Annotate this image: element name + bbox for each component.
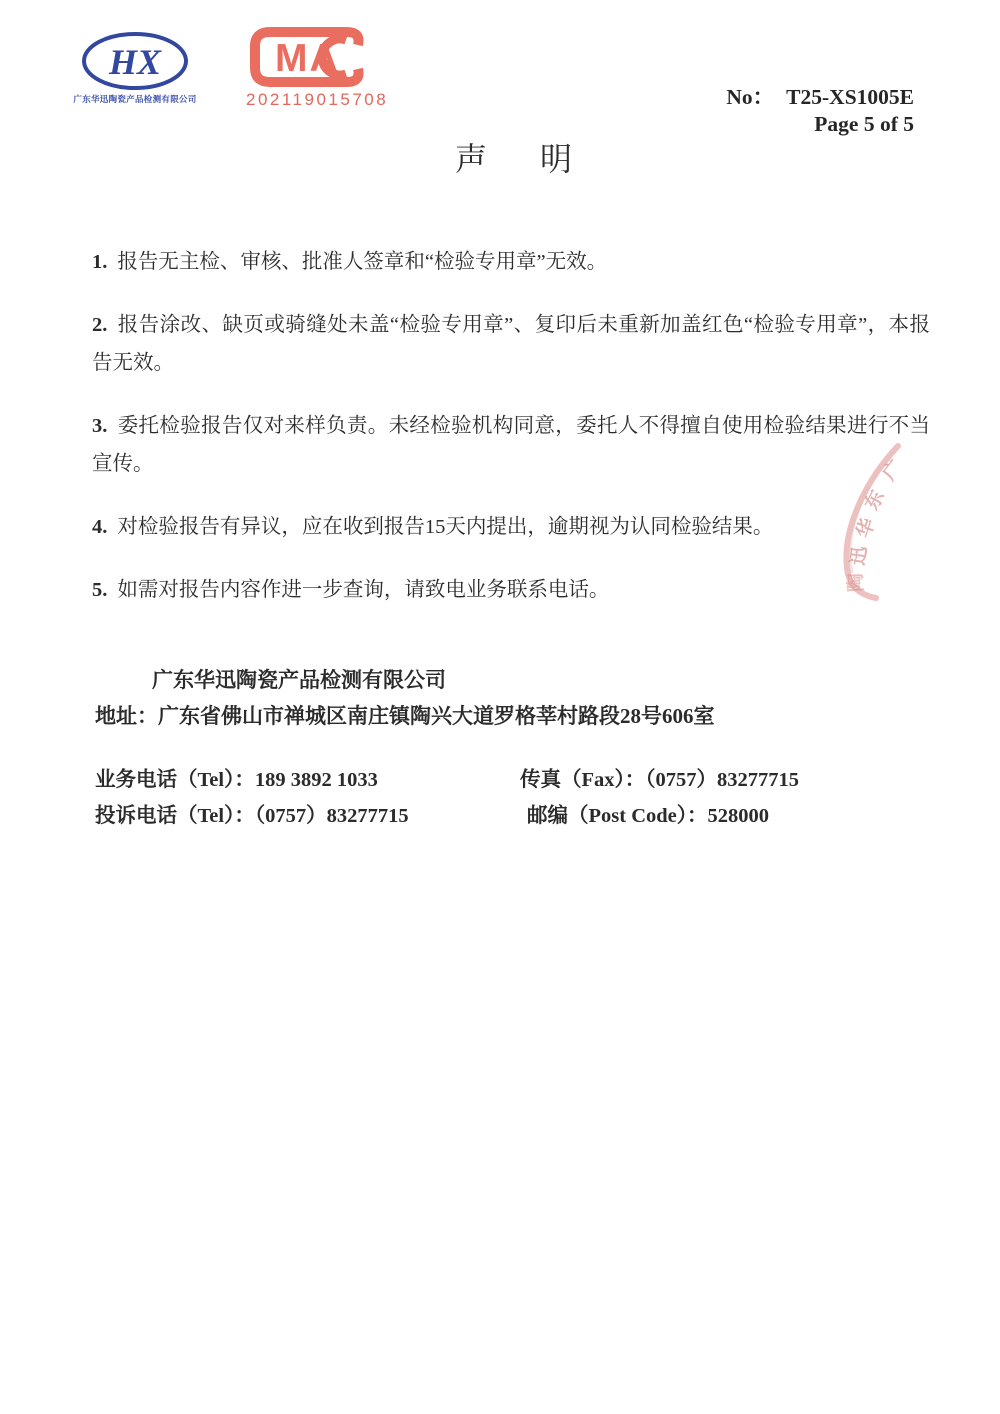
address-label: 地址：	[95, 704, 158, 728]
hx-logo: HX 广东华迅陶瓷产品检测有限公司	[55, 30, 215, 105]
cma-certificate-number: 202119015708	[246, 90, 378, 110]
complaint-phone: 投诉电话（Tel）：（0757）83277715	[95, 798, 409, 828]
declaration-item: 1.报告无主检、审核、批准人签章和“检验专用章”无效。	[92, 243, 930, 281]
item-text: 如需对报告内容作进一步查询，请致电业务联系电话。	[117, 579, 609, 601]
address-value: 广东省佛山市禅城区南庄镇陶兴大道罗格莘村路段28号606室	[158, 704, 715, 728]
declaration-item: 4.对检验报告有异议，应在收到报告15天内提出，逾期视为认同检验结果。	[92, 508, 930, 546]
item-text: 对检验报告有异议，应在收到报告15天内提出，逾期视为认同检验结果。	[117, 516, 773, 538]
item-number: 5.	[92, 579, 107, 601]
hx-oval-icon: HX	[79, 30, 191, 92]
fax-value: （0757）83277715	[645, 769, 799, 791]
complaint-phone-value: （0757）83277715	[255, 805, 409, 827]
post-code: 邮编（Post Code）：528000	[527, 798, 769, 828]
declaration-list: 1.报告无主检、审核、批准人签章和“检验专用章”无效。 2.报告涂改、缺页或骑缝…	[92, 243, 930, 634]
item-text: 报告涂改、缺页或骑缝处未盖“检验专用章”、复印后未重新加盖红色“检验专用章”，本…	[92, 314, 930, 374]
business-phone-value: 189 3892 1033	[255, 769, 378, 791]
document-page: HX 广东华迅陶瓷产品检测有限公司 MA 202119015708 No：T25…	[0, 0, 1000, 1414]
item-number: 3.	[92, 415, 107, 437]
page-title: 声明	[455, 134, 625, 180]
cma-logo: MA 202119015708	[246, 25, 378, 110]
item-number: 4.	[92, 516, 107, 538]
report-number-label: No：	[726, 85, 774, 109]
fax-label: 传真（Fax）：	[520, 769, 645, 791]
company-address: 地址：广东省佛山市禅城区南庄镇陶兴大道罗格莘村路段28号606室	[95, 700, 715, 730]
cma-mark-icon: MA	[248, 25, 376, 89]
page-indicator: Page 5 of 5	[726, 111, 914, 138]
declaration-item: 5.如需对报告内容作进一步查询，请致电业务联系电话。	[92, 571, 930, 609]
item-number: 2.	[92, 314, 107, 336]
post-code-label: 邮编（Post Code）：	[527, 805, 708, 827]
report-number-line: No：T25-XS1005E	[726, 84, 914, 111]
hx-logo-caption: 广东华迅陶瓷产品检测有限公司	[55, 93, 215, 105]
business-phone: 业务电话（Tel）：189 3892 1033	[95, 762, 378, 792]
declaration-item: 2.报告涂改、缺页或骑缝处未盖“检验专用章”、复印后未重新加盖红色“检验专用章”…	[92, 306, 930, 382]
hx-logo-text: HX	[108, 42, 162, 82]
item-text: 委托检验报告仅对来样负责。未经检验机构同意，委托人不得擅自使用检验结果进行不当宣…	[92, 415, 930, 475]
company-name: 广东华迅陶瓷产品检测有限公司	[152, 664, 446, 694]
item-text: 报告无主检、审核、批准人签章和“检验专用章”无效。	[117, 251, 607, 273]
declaration-item: 3.委托检验报告仅对来样负责。未经检验机构同意，委托人不得擅自使用检验结果进行不…	[92, 407, 930, 483]
post-code-value: 528000	[708, 805, 770, 827]
business-phone-label: 业务电话（Tel）：	[95, 769, 255, 791]
complaint-phone-label: 投诉电话（Tel）：	[95, 805, 255, 827]
document-meta: No：T25-XS1005E Page 5 of 5	[726, 84, 914, 138]
item-number: 1.	[92, 251, 107, 273]
fax-number: 传真（Fax）：（0757）83277715	[520, 762, 799, 792]
report-number-value: T25-XS1005E	[786, 85, 914, 109]
